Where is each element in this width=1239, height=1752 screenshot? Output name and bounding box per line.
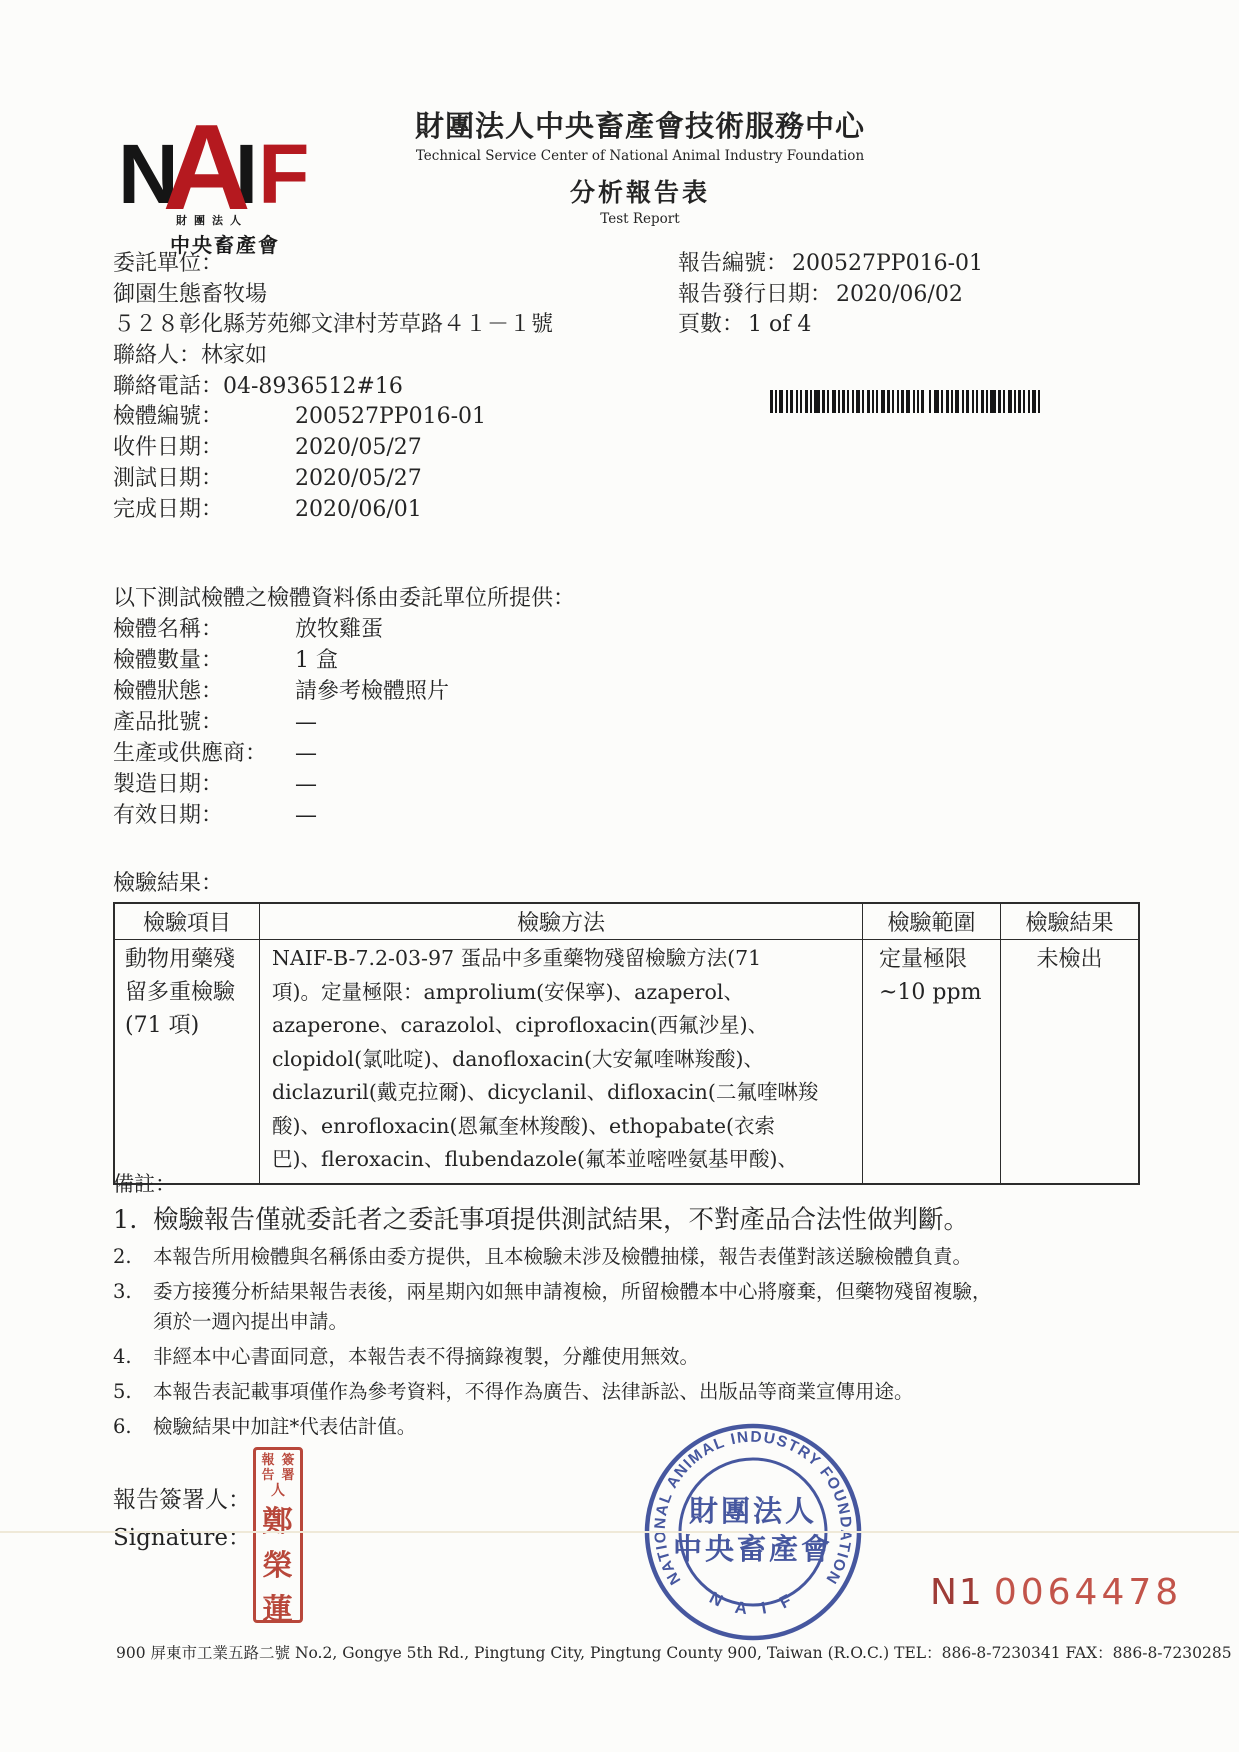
signature-block: 報告簽署人： Signature：	[113, 1483, 251, 1555]
test-report-page: NAIF 財團法人 中央畜產會 財團法人中央畜產會技術服務中心 Technica…	[0, 0, 1239, 1752]
note-number: 6.	[113, 1412, 153, 1442]
sample-name-value: 放牧雞蛋	[295, 617, 383, 642]
note-item-3: 3. 委方接獲分析結果報告表後，兩星期內如無申請複檢，所留檢體本中心將廢棄，但藥…	[113, 1277, 1143, 1337]
note-item-4: 4. 非經本中心書面同意，本報告表不得摘錄複製，分離使用無效。	[113, 1342, 1143, 1372]
col-header-test-result: 檢驗結果	[1001, 903, 1140, 940]
sample-qty-label: 檢體數量：	[113, 645, 295, 676]
note-number: 5.	[113, 1377, 153, 1407]
note-text: 檢驗結果中加註*代表估計值。	[153, 1412, 416, 1442]
sample-info-block: 以下測試檢體之檢體資料係由委託單位所提供： 檢體名稱：放牧雞蛋 檢體數量：1 盒…	[113, 583, 575, 831]
report-meta-block: 報告編號：200527PP016-01 報告發行日期：2020/06/02 頁數…	[678, 249, 983, 341]
received-date-row: 收件日期：2020/05/27	[113, 433, 553, 464]
signer-seal-stamp: 報 簽 告 署 人 鄭 榮 蓮	[253, 1447, 303, 1623]
page-count-label: 頁數：	[678, 312, 744, 337]
completed-date-value: 2020/06/01	[295, 497, 422, 522]
client-phone: 聯絡電話：04-8936512#16	[113, 372, 553, 403]
exp-date-row: 有效日期：—	[113, 800, 575, 831]
note-number: 3.	[113, 1277, 153, 1337]
sample-id-row: 檢體編號：200527PP016-01	[113, 402, 553, 433]
test-date-row: 測試日期：2020/05/27	[113, 464, 553, 495]
mfg-date-value: —	[295, 772, 317, 797]
batch-no-row: 產品批號：—	[113, 707, 575, 738]
note-item-2: 2. 本報告所用檢體與名稱係由委方提供，且本檢驗未涉及檢體抽樣，報告表僅對該送驗…	[113, 1242, 1143, 1272]
sample-name-row: 檢體名稱：放牧雞蛋	[113, 614, 575, 645]
results-table-header-row: 檢驗項目 檢驗方法 檢驗範圍 檢驗結果	[114, 903, 1139, 940]
page-count-row: 頁數：1 of 4	[678, 310, 983, 341]
table-row: 動物用藥殘 留多重檢驗 (71 項) NAIF-B-7.2-03-97 蛋品中多…	[114, 940, 1139, 1184]
logo-letter-f: F	[258, 125, 309, 223]
note-number: 4.	[113, 1342, 153, 1372]
report-title-en: Test Report	[310, 211, 970, 227]
note-number: 1.	[113, 1204, 153, 1237]
org-title-zh: 財團法人中央畜產會技術服務中心	[310, 104, 970, 145]
batch-no-label: 產品批號：	[113, 707, 295, 738]
logo-letter-a: A	[163, 118, 251, 216]
notes-section: 備註： 1. 檢驗報告僅就委託者之委託事項提供測試結果，不對產品合法性做判斷。 …	[113, 1171, 1143, 1442]
note-number: 2.	[113, 1242, 153, 1272]
report-no-value: 200527PP016-01	[792, 251, 983, 276]
org-title-en: Technical Service Center of National Ani…	[310, 148, 970, 164]
scan-artifact-line	[0, 1531, 1239, 1533]
signer-label-zh: 報告簽署人：	[113, 1483, 251, 1517]
stamp-center-line2: 中央畜產會	[673, 1532, 833, 1566]
signer-label-en: Signature：	[113, 1521, 251, 1555]
client-name: 御園生態畜牧場	[113, 280, 553, 311]
naif-logo-letters: NAIF	[118, 112, 318, 210]
client-contact: 聯絡人：林家如	[113, 341, 553, 372]
note-item-6: 6. 檢驗結果中加註*代表估計值。	[113, 1412, 1143, 1442]
supplier-label: 生產或供應商：	[113, 738, 295, 769]
supplier-value: —	[295, 741, 317, 766]
serial-prefix: N1	[930, 1572, 984, 1613]
client-info-block: 委託單位： 御園生態畜牧場 ５２８彰化縣芳苑鄉文津村芳草路４１－１號 聯絡人：林…	[113, 249, 553, 525]
client-unit-label: 委託單位：	[113, 249, 553, 280]
notes-label: 備註：	[113, 1171, 1143, 1197]
issue-date-value: 2020/06/02	[836, 282, 963, 307]
completed-date-label: 完成日期：	[113, 495, 295, 526]
seal-char: 鄭	[263, 1499, 293, 1543]
mfg-date-label: 製造日期：	[113, 769, 295, 800]
serial-digits: 0064478	[994, 1572, 1182, 1613]
cell-test-method: NAIF-B-7.2-03-97 蛋品中多重藥物殘留檢驗方法(71 項)。定量極…	[260, 940, 863, 1184]
results-section-label: 檢驗結果：	[113, 866, 223, 897]
seal-char: 告	[258, 1468, 278, 1483]
note-text: 非經本中心書面同意，本報告表不得摘錄複製，分離使用無效。	[153, 1342, 699, 1372]
supplier-row: 生產或供應商：—	[113, 738, 575, 769]
col-header-test-method: 檢驗方法	[260, 903, 863, 940]
client-address: ５２８彰化縣芳苑鄉文津村芳草路４１－１號	[113, 310, 553, 341]
seal-char: 榮	[263, 1543, 293, 1587]
col-header-test-item: 檢驗項目	[114, 903, 260, 940]
results-table: 檢驗項目 檢驗方法 檢驗範圍 檢驗結果 動物用藥殘 留多重檢驗 (71 項) N…	[113, 902, 1140, 1185]
batch-no-value: —	[295, 710, 317, 735]
seal-char: 署	[278, 1468, 298, 1483]
sample-id-value: 200527PP016-01	[295, 404, 486, 429]
note-item-5: 5. 本報告表記載事項僅作為參考資料，不得作為廣告、法律訴訟、出版品等商業宣傳用…	[113, 1377, 1143, 1407]
seal-char: 簽	[278, 1453, 298, 1468]
completed-date-row: 完成日期：2020/06/01	[113, 495, 553, 526]
sample-intro: 以下測試檢體之檢體資料係由委託單位所提供：	[113, 583, 575, 614]
issue-date-row: 報告發行日期：2020/06/02	[678, 280, 983, 311]
sample-name-label: 檢體名稱：	[113, 614, 295, 645]
test-date-label: 測試日期：	[113, 464, 295, 495]
col-header-test-range: 檢驗範圍	[863, 903, 1001, 940]
report-no-label: 報告編號：	[678, 251, 788, 276]
report-title-zh: 分析報告表	[310, 173, 970, 209]
seal-char: 人	[271, 1483, 285, 1499]
report-no-row: 報告編號：200527PP016-01	[678, 249, 983, 280]
seal-small-chars: 報 簽 告 署	[258, 1453, 298, 1483]
issue-date-label: 報告發行日期：	[678, 282, 832, 307]
sample-qty-value: 1 盒	[295, 648, 338, 673]
sample-state-value: 請參考檢體照片	[295, 679, 449, 704]
cell-test-result: 未檢出	[1001, 940, 1140, 1184]
exp-date-value: —	[295, 803, 317, 828]
sample-id-label: 檢體編號：	[113, 402, 295, 433]
seal-char: 蓮	[263, 1587, 293, 1631]
cell-test-item: 動物用藥殘 留多重檢驗 (71 項)	[114, 940, 260, 1184]
sample-qty-row: 檢體數量：1 盒	[113, 645, 575, 676]
note-item-1: 1. 檢驗報告僅就委託者之委託事項提供測試結果，不對產品合法性做判斷。	[113, 1204, 1143, 1237]
cell-test-range: 定量極限 ~10 ppm	[863, 940, 1001, 1184]
note-text: 委方接獲分析結果報告表後，兩星期內如無申請複檢，所留檢體本中心將廢棄，但藥物殘留…	[153, 1277, 992, 1337]
mfg-date-row: 製造日期：—	[113, 769, 575, 800]
received-date-value: 2020/05/27	[295, 435, 422, 460]
naif-logo: NAIF 財團法人 中央畜產會	[118, 112, 318, 258]
sample-state-row: 檢體狀態：請參考檢體照片	[113, 676, 575, 707]
note-text: 本報告表記載事項僅作為參考資料，不得作為廣告、法律訴訟、出版品等商業宣傳用途。	[153, 1377, 914, 1407]
page-count-value: 1 of 4	[748, 312, 811, 337]
note-text: 檢驗報告僅就委託者之委託事項提供測試結果，不對產品合法性做判斷。	[153, 1204, 969, 1237]
stamp-center-line1: 財團法人	[689, 1494, 817, 1528]
seal-char: 報	[258, 1453, 278, 1468]
footer-address: 900 屏東市工業五路二號 No.2, Gongye 5th Rd., Ping…	[116, 1641, 1232, 1663]
barcode	[770, 390, 1048, 413]
document-header: 財團法人中央畜產會技術服務中心 Technical Service Center…	[310, 104, 970, 227]
received-date-label: 收件日期：	[113, 433, 295, 464]
note-text: 本報告所用檢體與名稱係由委方提供，且本檢驗未涉及檢體抽樣，報告表僅對該送驗檢體負…	[153, 1242, 972, 1272]
sample-state-label: 檢體狀態：	[113, 676, 295, 707]
test-date-value: 2020/05/27	[295, 466, 422, 491]
stamp-naif-text: N A I F	[706, 1588, 799, 1619]
exp-date-label: 有效日期：	[113, 800, 295, 831]
serial-number: N10064478	[930, 1572, 1182, 1613]
